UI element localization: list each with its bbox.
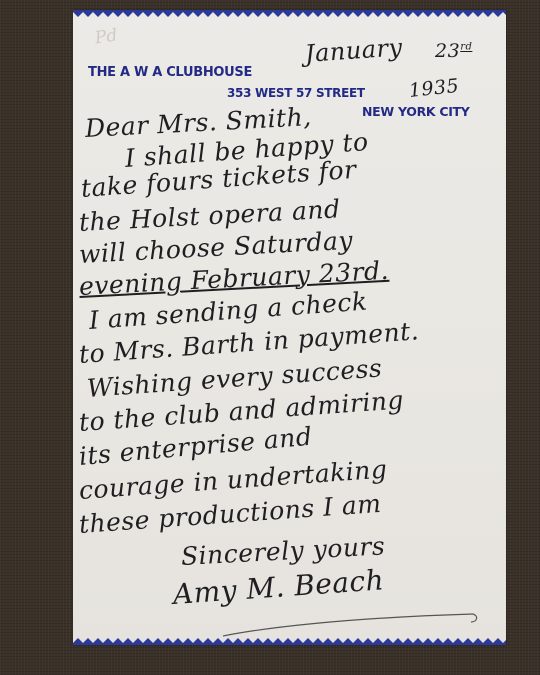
top-zigzag-border xyxy=(73,10,506,18)
pencil-annotation: Pd xyxy=(94,26,119,49)
letterhead-address: 353 WEST 57 STREET xyxy=(227,86,365,100)
letterhead-city: NEW YORK CITY xyxy=(362,104,470,119)
date-day-number: 23 xyxy=(435,40,460,62)
date-year: 1935 xyxy=(408,75,460,102)
date-day: 23rd xyxy=(435,40,472,62)
date-month: January xyxy=(304,33,403,68)
letterhead-club-name: THE A W A CLUBHOUSE xyxy=(88,65,252,80)
signature: Amy M. Beach xyxy=(172,563,385,611)
letter-paper: Pd THE A W A CLUBHOUSE 353 WEST 57 STREE… xyxy=(73,10,506,645)
signature-flourish xyxy=(223,610,483,640)
bottom-zigzag-border xyxy=(73,637,506,645)
date-day-suffix: rd xyxy=(460,42,472,53)
